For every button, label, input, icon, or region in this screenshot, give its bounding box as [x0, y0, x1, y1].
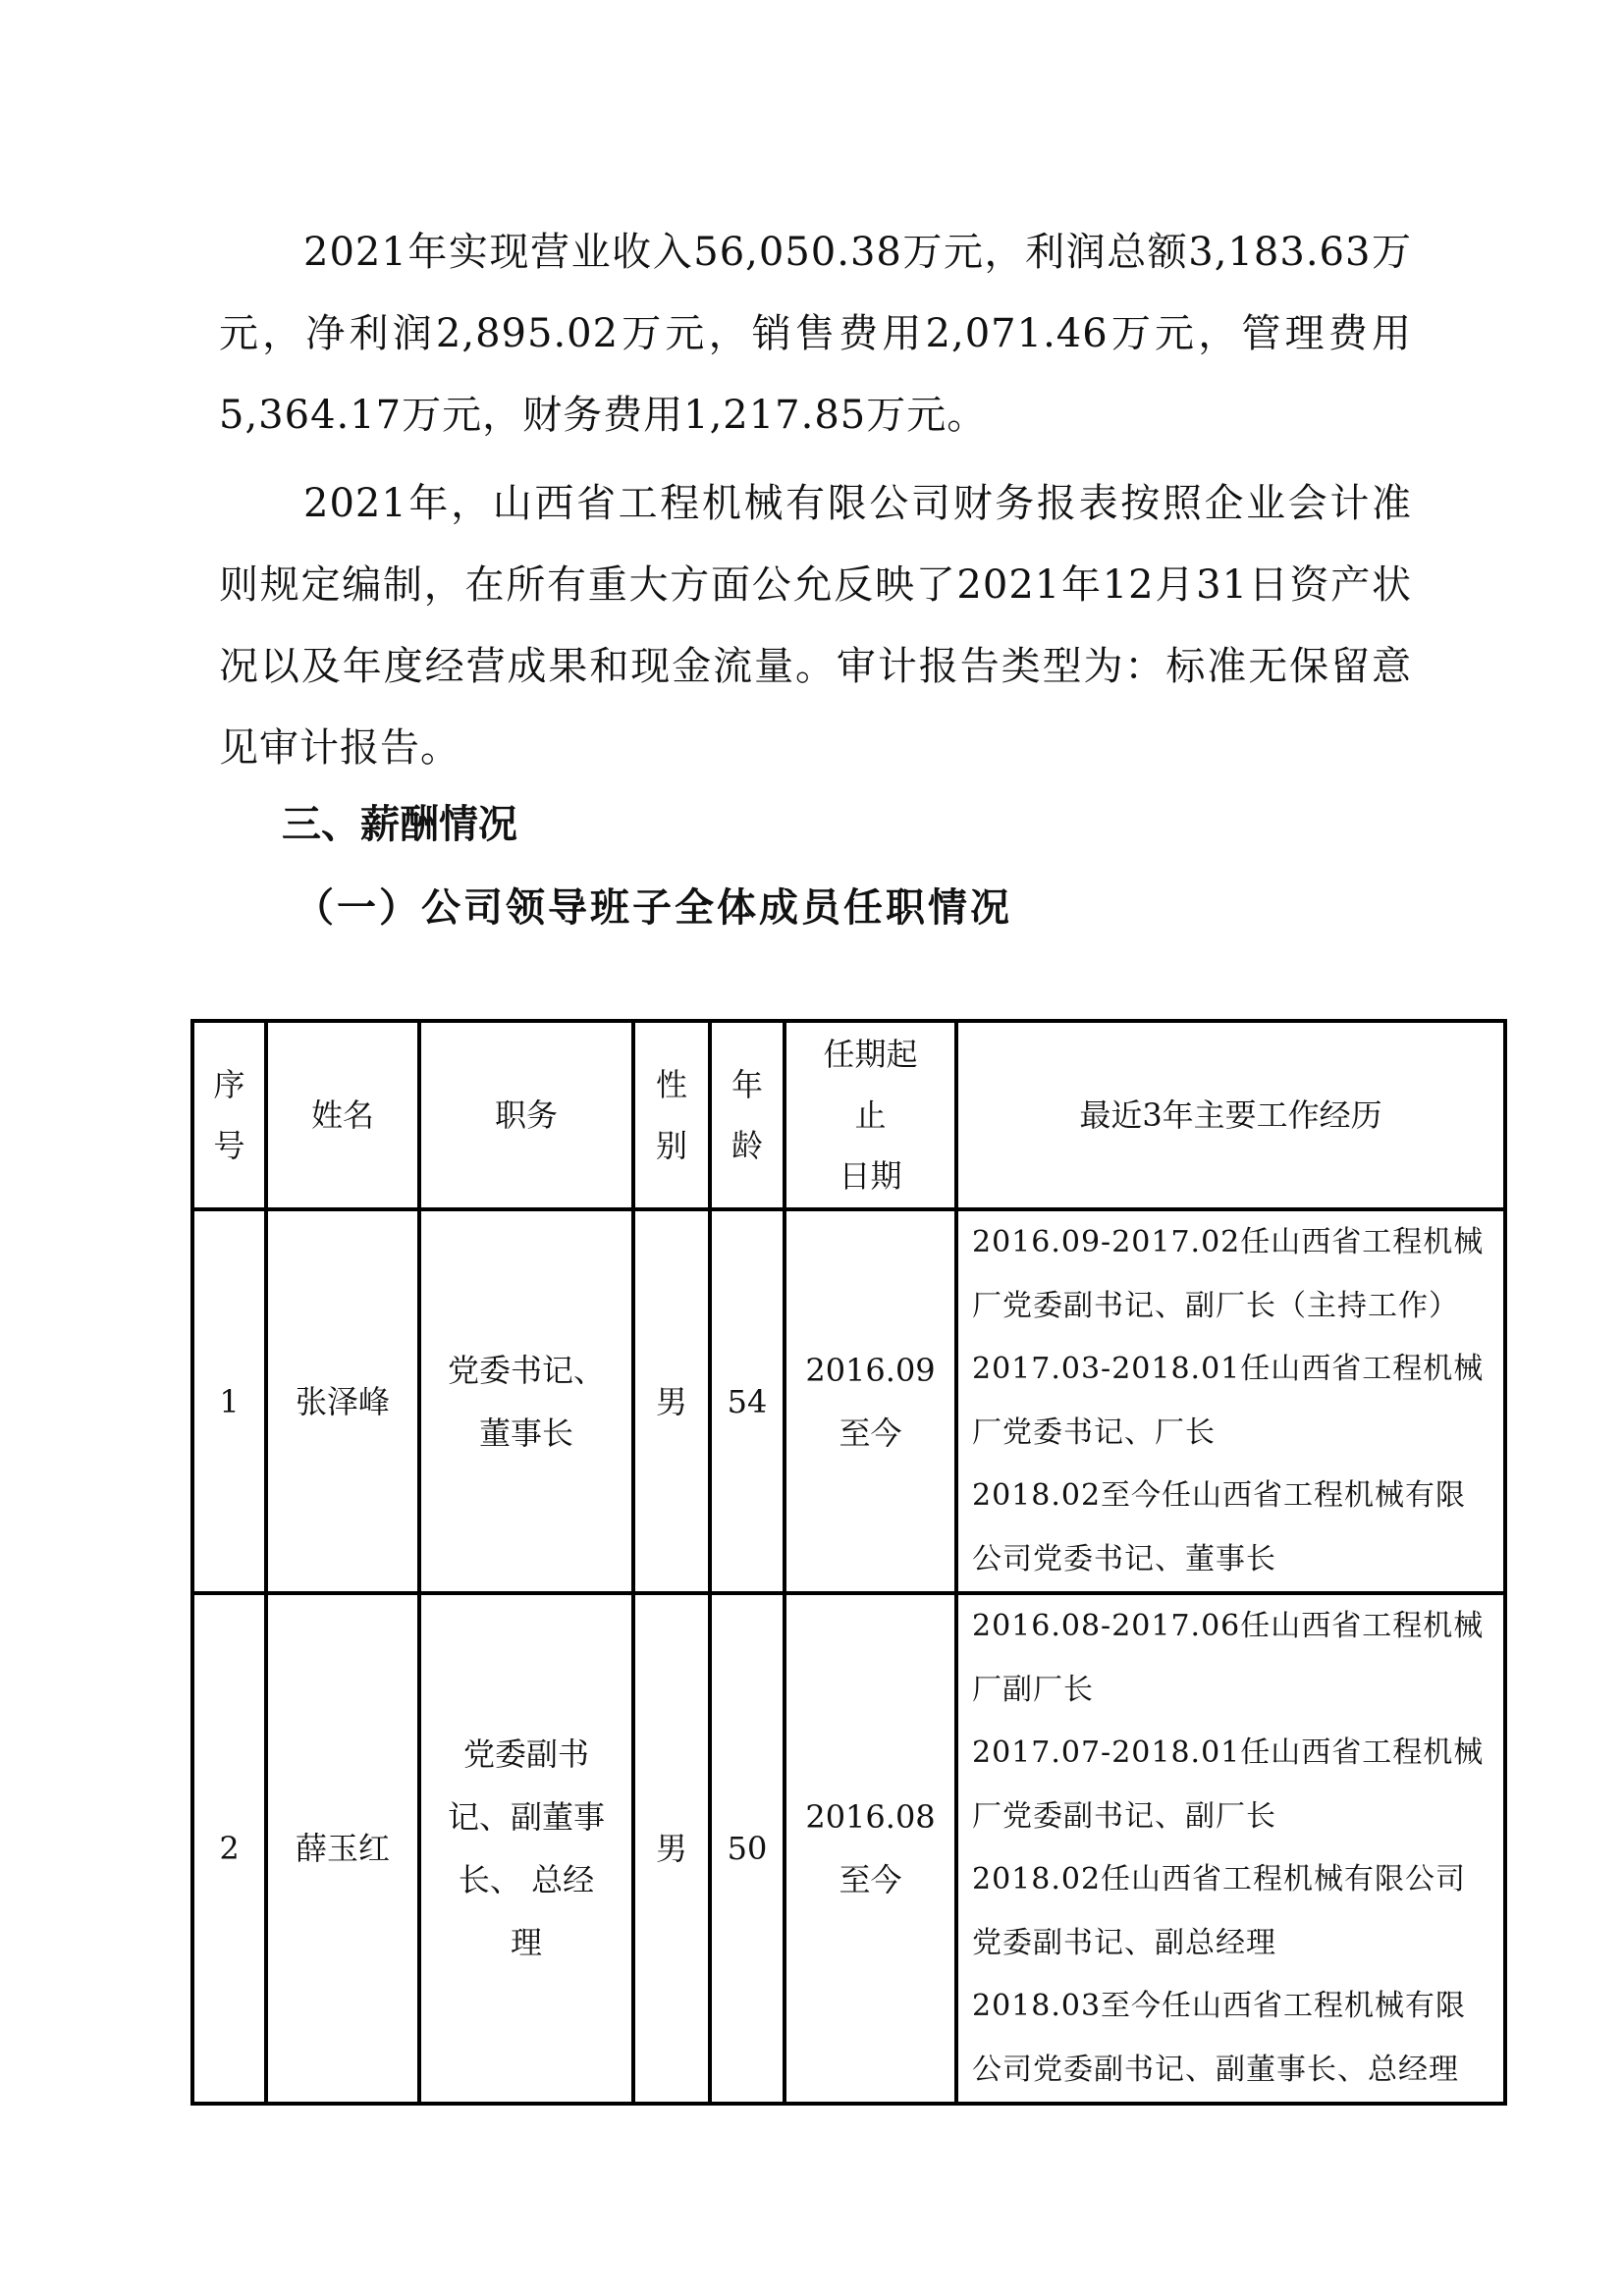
cell-sex: 男 — [633, 1209, 710, 1593]
header-seq-line: 号 — [194, 1115, 264, 1176]
document-page: 2021年实现营业收入56,050.38万元，利润总额3,183.63万元，净利… — [0, 0, 1624, 2296]
header-seq: 序 号 — [192, 1021, 266, 1209]
section-heading: 三、薪酬情况 — [282, 797, 517, 852]
experience-line: 2018.02任山西省工程机械有限公司 — [972, 1848, 1491, 1912]
term-line: 2016.09 — [786, 1339, 954, 1402]
post-line: 董事长 — [441, 1402, 612, 1465]
header-term: 任期起 止 日期 — [785, 1021, 956, 1209]
post-line: 记、副董事 — [441, 1786, 612, 1848]
header-term-line: 日期 — [786, 1146, 954, 1206]
table-header-row: 序 号 姓名 职务 性 别 年 龄 任期起 止 日期 最近3年主要 — [192, 1021, 1505, 1209]
header-sex: 性 别 — [633, 1021, 710, 1209]
experience-line: 2018.02至今任山西省工程机械有限 — [972, 1465, 1491, 1528]
header-age-line: 年 — [712, 1054, 783, 1115]
experience-line: 厂党委书记、厂长 — [972, 1402, 1491, 1466]
table-row: 2 薛玉红 党委副书 记、副董事 长、 总经 理 男 50 2016.08 至今… — [192, 1593, 1505, 2104]
experience-line: 2016.09-2017.02任山西省工程机械 — [972, 1211, 1491, 1275]
cell-age: 50 — [710, 1593, 785, 2104]
cell-post: 党委书记、 董事长 — [419, 1209, 633, 1593]
header-age-line: 龄 — [712, 1115, 783, 1176]
cell-experience: 2016.09-2017.02任山西省工程机械 厂党委副书记、副厂长（主持工作）… — [956, 1209, 1505, 1593]
leadership-roster-table: 序 号 姓名 职务 性 别 年 龄 任期起 止 日期 最近3年主要 — [190, 1019, 1507, 2106]
experience-line: 厂副厂长 — [972, 1659, 1491, 1723]
cell-name: 薛玉红 — [266, 1593, 419, 2104]
header-experience: 最近3年主要工作经历 — [956, 1021, 1505, 1209]
experience-line: 2017.07-2018.01任山西省工程机械 — [972, 1722, 1491, 1786]
cell-post: 党委副书 记、副董事 长、 总经 理 — [419, 1593, 633, 2104]
audit-statement-paragraph: 2021年，山西省工程机械有限公司财务报表按照企业会计准则规定编制，在所有重大方… — [219, 463, 1412, 789]
cell-seq: 1 — [192, 1209, 266, 1593]
cell-seq: 2 — [192, 1593, 266, 2104]
subsection-heading: （一）公司领导班子全体成员任职情况 — [295, 881, 1012, 935]
experience-line: 公司党委副书记、副董事长、总经理 — [972, 2039, 1491, 2103]
post-line: 党委副书 — [441, 1723, 612, 1786]
financial-summary-paragraph: 2021年实现营业收入56,050.38万元，利润总额3,183.63万元，净利… — [219, 212, 1412, 456]
cell-sex: 男 — [633, 1593, 710, 2104]
header-sex-line: 别 — [635, 1115, 708, 1176]
cell-term: 2016.08 至今 — [785, 1593, 956, 2104]
post-line: 党委书记、 — [441, 1339, 612, 1402]
header-age: 年 龄 — [710, 1021, 785, 1209]
experience-line: 2016.08-2017.06任山西省工程机械 — [972, 1595, 1491, 1659]
experience-line: 厂党委副书记、副厂长 — [972, 1786, 1491, 1849]
header-term-line: 任期起 — [786, 1024, 954, 1085]
cell-name: 张泽峰 — [266, 1209, 419, 1593]
cell-experience: 2016.08-2017.06任山西省工程机械 厂副厂长 2017.07-201… — [956, 1593, 1505, 2104]
cell-term: 2016.09 至今 — [785, 1209, 956, 1593]
table-row: 1 张泽峰 党委书记、 董事长 男 54 2016.09 至今 2016.09-… — [192, 1209, 1505, 1593]
term-line: 至今 — [786, 1848, 954, 1911]
experience-line: 党委副书记、副总经理 — [972, 1912, 1491, 1976]
experience-line: 2018.03至今任山西省工程机械有限 — [972, 1975, 1491, 2039]
cell-age: 54 — [710, 1209, 785, 1593]
post-line: 理 — [441, 1911, 612, 1974]
header-seq-line: 序 — [194, 1054, 264, 1115]
header-name: 姓名 — [266, 1021, 419, 1209]
experience-line: 2017.03-2018.01任山西省工程机械 — [972, 1338, 1491, 1402]
header-post: 职务 — [419, 1021, 633, 1209]
experience-line: 厂党委副书记、副厂长（主持工作） — [972, 1275, 1491, 1339]
term-line: 2016.08 — [786, 1786, 954, 1848]
header-term-line: 止 — [786, 1085, 954, 1146]
term-line: 至今 — [786, 1402, 954, 1465]
post-line: 长、 总经 — [441, 1848, 612, 1911]
header-sex-line: 性 — [635, 1054, 708, 1115]
experience-line: 公司党委书记、董事长 — [972, 1528, 1491, 1592]
